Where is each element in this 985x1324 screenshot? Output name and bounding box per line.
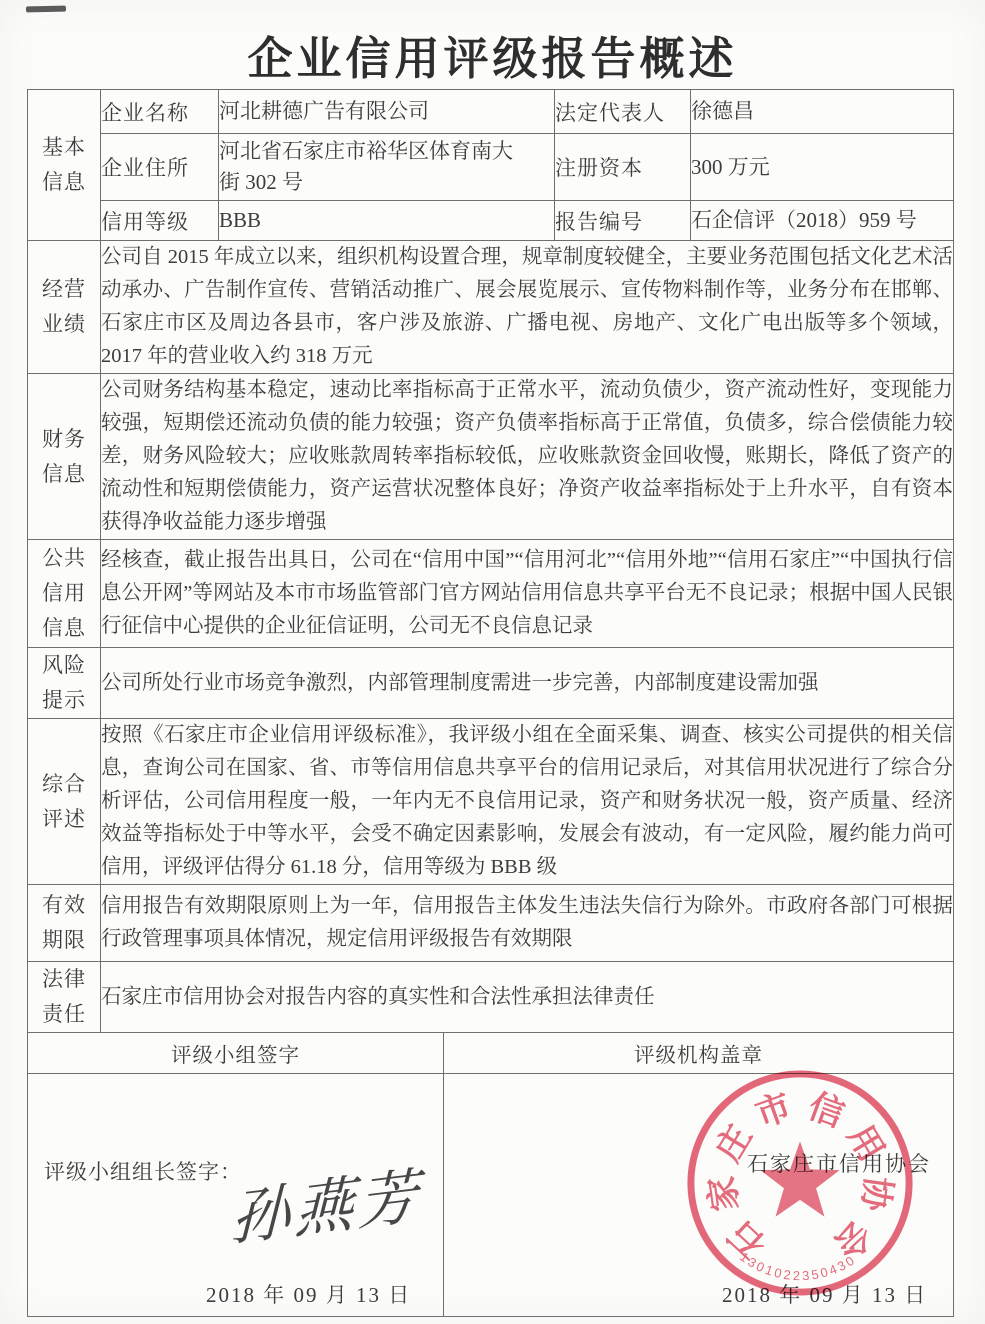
table-row: 法律 责任 石家庄市信用协会对报告内容的真实性和合法性承担法律责任: [28, 962, 954, 1033]
table-row: 风险 提示 公司所处行业市场竞争激烈，内部管理制度需进一步完善，内部制度建设需加…: [28, 648, 954, 719]
seal-char: 用: [840, 1118, 891, 1168]
seal-char: 庄: [708, 1118, 759, 1168]
seal-char: 协: [854, 1174, 898, 1215]
section-text-legal: 石家庄市信用协会对报告内容的真实性和合法性承担法律责任: [101, 962, 954, 1033]
report-page: 企业信用评级报告概述 基本 信息 企业名称 河北耕德广告有限公司 法定代表人 徐…: [0, 0, 985, 1324]
address-label: 企业住所: [101, 134, 219, 201]
legal-rep-label: 法定代表人: [555, 90, 691, 134]
legal-rep-value: 徐德昌: [691, 90, 954, 134]
sign-column-header: 评级小组签字: [28, 1033, 444, 1074]
section-label-summary: 综合 评述: [28, 719, 101, 885]
credit-rating-label: 信用等级: [101, 201, 219, 241]
table-row: 信用等级 BBB 报告编号 石企信评（2018）959 号: [28, 201, 954, 241]
leader-sign-label: 评级小组组长签字：: [44, 1156, 242, 1186]
official-seal: 石 家 庄 市 信 用 协 会 1301022350430: [681, 1064, 919, 1302]
credit-rating-value: BBB: [219, 201, 555, 241]
seal-char: 市: [751, 1086, 797, 1135]
address-value: 河北省石家庄市裕华区体育南大 街 302 号: [219, 134, 555, 201]
section-text-risk: 公司所处行业市场竞争激烈，内部管理制度需进一步完善，内部制度建设需加强: [101, 648, 954, 719]
section-label-basic-info: 基本 信息: [28, 90, 101, 241]
section-label-legal: 法律 责任: [28, 962, 101, 1033]
handwritten-signature: 孙燕芳: [230, 1148, 422, 1258]
page-title: 企业信用评级报告概述: [0, 22, 985, 87]
signature-date: 2018 年 09 月 13 日: [206, 1279, 411, 1309]
table-row: 企业住所 河北省石家庄市裕华区体育南大 街 302 号 注册资本 300 万元: [28, 134, 954, 201]
section-label-risk: 风险 提示: [28, 648, 101, 719]
table-row: 经营 业绩 公司自 2015 年成立以来，组织机构设置合理，规章制度较健全，主要…: [28, 241, 954, 374]
table-row: 基本 信息 企业名称 河北耕德广告有限公司 法定代表人 徐德昌: [28, 90, 954, 134]
table-row: 综合 评述 按照《石家庄市企业信用评级标准》，我评级小组在全面采集、调查、核实公…: [28, 719, 954, 885]
section-label-public-credit: 公共 信用 信息: [28, 540, 101, 648]
seal-char: 信: [803, 1085, 850, 1135]
report-no-value: 石企信评（2018）959 号: [691, 201, 954, 241]
company-name-value: 河北耕德广告有限公司: [219, 90, 555, 134]
section-label-business: 经营 业绩: [28, 241, 101, 374]
signature-cell: 评级小组组长签字： 孙燕芳 2018 年 09 月 13 日: [28, 1074, 444, 1316]
section-text-validity: 信用报告有效期限原则上为一年，信用报告主体发生违法失信行为除外。市政府各部门可根…: [101, 885, 954, 962]
table-row: 公共 信用 信息 经核查，截止报告出具日，公司在“信用中国”“信用河北”“信用外…: [28, 540, 954, 648]
seal-char: 家: [702, 1174, 745, 1214]
section-label-financial: 财务 信息: [28, 374, 101, 540]
table-row: 有效 期限 信用报告有效期限原则上为一年，信用报告主体发生违法失信行为除外。市政…: [28, 885, 954, 962]
section-label-validity: 有效 期限: [28, 885, 101, 962]
section-text-financial: 公司财务结构基本稳定，速动比率指标高于正常水平，流动负债少，资产流动性好，变现能…: [101, 374, 954, 540]
section-text-business: 公司自 2015 年成立以来，组织机构设置合理，规章制度较健全，主要业务范围包括…: [101, 241, 954, 374]
reg-capital-value: 300 万元: [691, 134, 954, 201]
table-row: 财务 信息 公司财务结构基本稳定，速动比率指标高于正常水平，流动负债少，资产流动…: [28, 374, 954, 540]
reg-capital-label: 注册资本: [555, 134, 691, 201]
section-text-public-credit: 经核查，截止报告出具日，公司在“信用中国”“信用河北”“信用外地”“信用石家庄”…: [101, 540, 954, 648]
section-text-summary: 按照《石家庄市企业信用评级标准》，我评级小组在全面采集、调查、核实公司提供的相关…: [101, 719, 954, 885]
scan-artifact: [26, 6, 66, 13]
report-no-label: 报告编号: [555, 201, 691, 241]
seal-star-icon: [760, 1141, 839, 1216]
company-name-label: 企业名称: [101, 90, 219, 134]
